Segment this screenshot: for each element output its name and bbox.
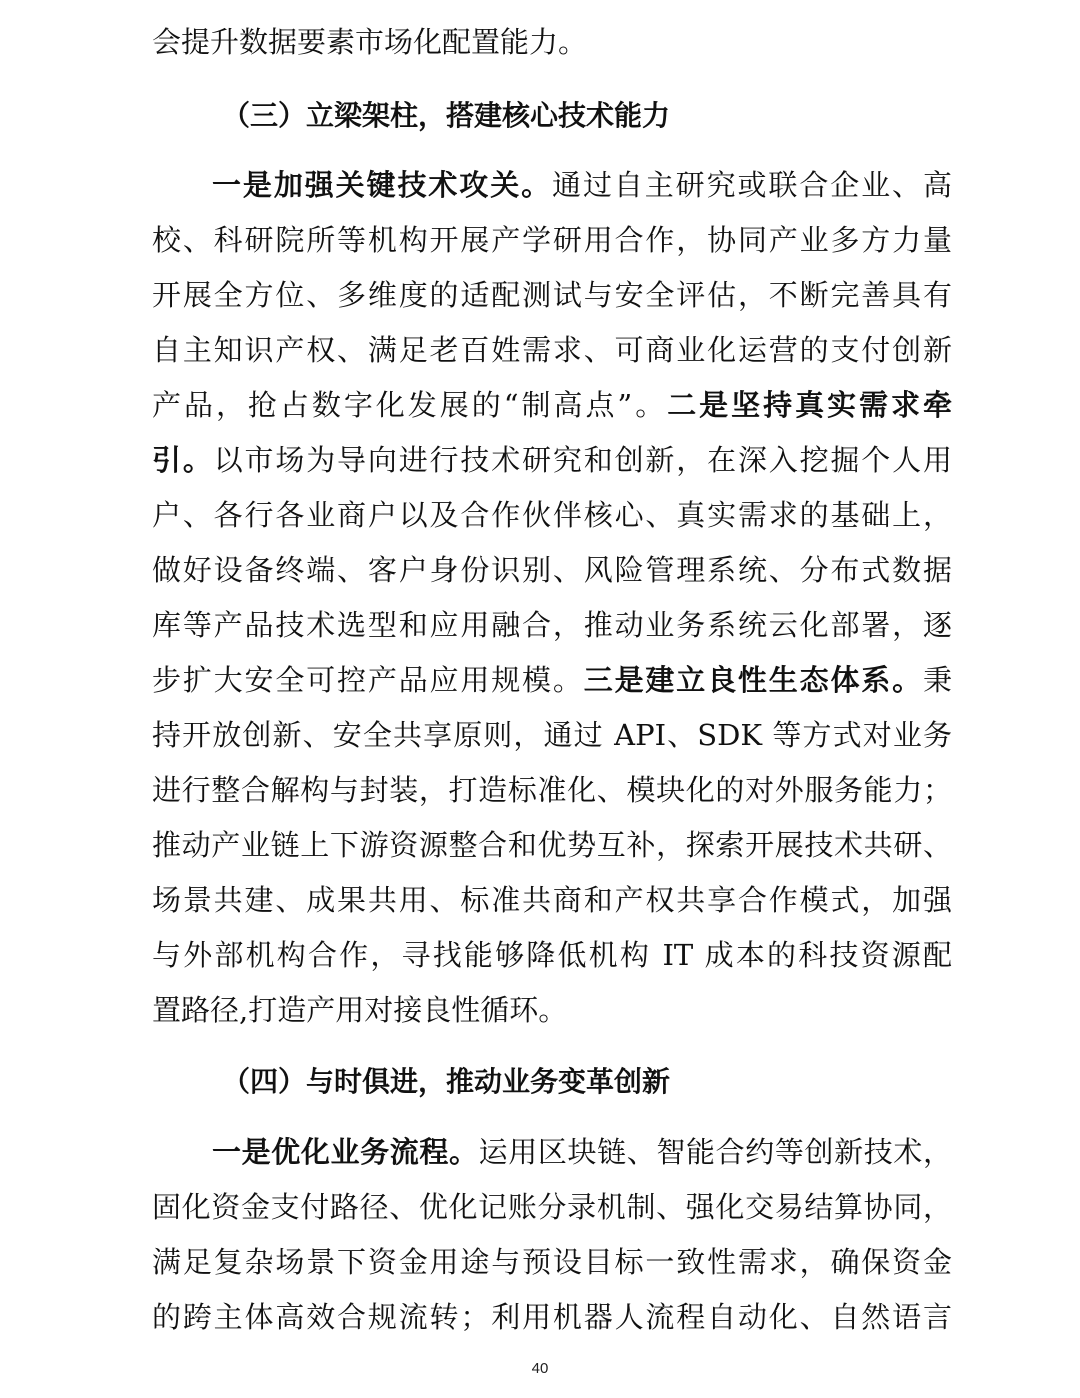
paragraph-line: 固化资金支付路径、优化记账分录机制、强化交易结算协同， — [152, 1185, 952, 1229]
paragraph-line: 置路径,打造产用对接良性循环。 — [152, 988, 952, 1032]
section-heading-4: （四）与时俱进，推动业务变革创新 — [222, 1060, 922, 1104]
bold-lead-text: 三是建立良性生态体系。 — [584, 663, 923, 697]
body-text: 以市场为导向进行技术研究和创新，在深入挖掘个人用 — [214, 443, 952, 477]
paragraph-line: 满足复杂场景下资金用途与预设目标一致性需求，确保资金 — [152, 1240, 952, 1284]
paragraph-line: 与外部机构合作，寻找能够降低机构 IT 成本的科技资源配 — [152, 933, 952, 977]
paragraph-line: 一是优化业务流程。运用区块链、智能合约等创新技术， — [212, 1130, 952, 1174]
page-number: 40 — [0, 1360, 1080, 1377]
bold-lead-text: 一是优化业务流程。 — [212, 1135, 479, 1169]
paragraph-line: 推动产业链上下游资源整合和优势互补，探索开展技术共研、 — [152, 823, 952, 867]
paragraph-line: 场景共建、成果共用、标准共商和产权共享合作模式，加强 — [152, 878, 952, 922]
paragraph-line: 步扩大安全可控产品应用规模。三是建立良性生态体系。秉 — [152, 658, 952, 702]
paragraph-line: 校、科研院所等机构开展产学研用合作，协同产业多方力量 — [152, 218, 952, 262]
paragraph-line: 户、各行各业商户以及合作伙伴核心、真实需求的基础上， — [152, 493, 952, 537]
bold-lead-text: 一是加强关键技术攻关。 — [212, 168, 552, 202]
body-text: 步扩大安全可控产品应用规模。 — [152, 663, 584, 697]
body-text: 通过自主研究或联合企业、高 — [552, 168, 952, 202]
paragraph-line: 库等产品技术选型和应用融合，推动业务系统云化部署，逐 — [152, 603, 952, 647]
paragraph-line: 产品，抢占数字化发展的“制高点”。二是坚持真实需求牵 — [152, 383, 952, 427]
paragraph-line: 持开放创新、安全共享原则，通过 API、SDK 等方式对业务 — [152, 713, 952, 757]
paragraph-line: 引。以市场为导向进行技术研究和创新，在深入挖掘个人用 — [152, 438, 952, 482]
paragraph-line: 自主知识产权、满足老百姓需求、可商业化运营的支付创新 — [152, 328, 952, 372]
body-text: 运用区块链、智能合约等创新技术， — [479, 1135, 952, 1169]
paragraph-line: 会提升数据要素市场化配置能力。 — [152, 20, 952, 64]
section-heading-3: （三）立梁架柱，搭建核心技术能力 — [222, 94, 922, 138]
bold-lead-text: 引。 — [152, 443, 214, 477]
body-text: 秉 — [923, 663, 952, 697]
body-text: 产品，抢占数字化发展的“制高点”。 — [152, 388, 667, 422]
paragraph-line: 一是加强关键技术攻关。通过自主研究或联合企业、高 — [212, 163, 952, 207]
document-page: 会提升数据要素市场化配置能力。 （三）立梁架柱，搭建核心技术能力 一是加强关键技… — [0, 0, 1080, 1398]
paragraph-line: 做好设备终端、客户身份识别、风险管理系统、分布式数据 — [152, 548, 952, 592]
paragraph-line: 的跨主体高效合规流转；利用机器人流程自动化、自然语言 — [152, 1295, 952, 1339]
bold-lead-text: 二是坚持真实需求牵 — [667, 388, 952, 422]
paragraph-line: 进行整合解构与封装，打造标准化、模块化的对外服务能力； — [152, 768, 952, 812]
paragraph-line: 开展全方位、多维度的适配测试与安全评估，不断完善具有 — [152, 273, 952, 317]
